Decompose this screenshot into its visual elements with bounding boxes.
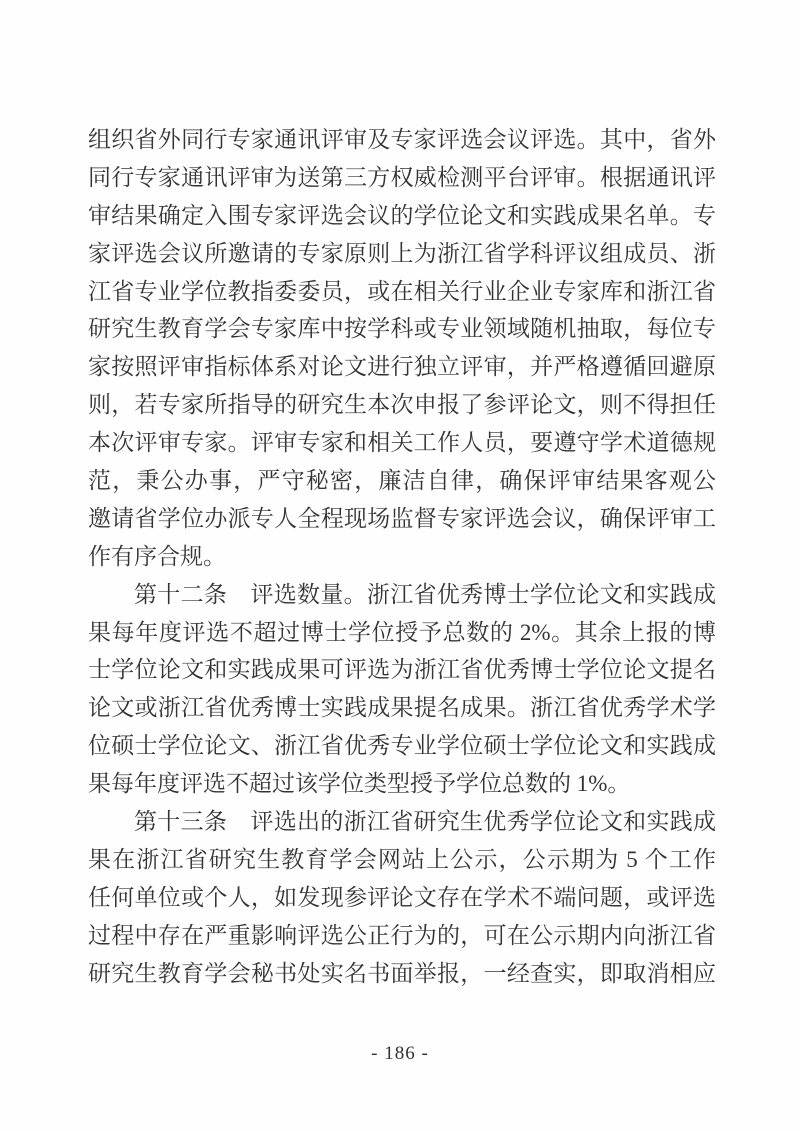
text-line: 家按照评审指标体系对论文进行独立评审，并严格遵循回避原 — [88, 348, 716, 386]
text-line: 果在浙江省研究生教育学会网站上公示，公示期为 5 个工作日。 — [88, 841, 716, 879]
text-line: 研究生教育学会秘书处实名书面举报，一经查实，即取消相应 — [88, 955, 716, 993]
document-page: 组织省外同行专家通讯评审及专家评选会议评选。其中，省外 同行专家通讯评审为送第三… — [0, 0, 800, 1131]
text-line: 作有序合规。 — [88, 538, 716, 576]
page-footer: - 186 - — [0, 1043, 800, 1065]
text-line: 则，若专家所指导的研究生本次申报了参评论文，则不得担任 — [88, 386, 716, 424]
text-line-article-12: 第十二条 评选数量。浙江省优秀博士学位论文和实践成 — [88, 576, 716, 614]
document-body: 组织省外同行专家通讯评审及专家评选会议评选。其中，省外 同行专家通讯评审为送第三… — [88, 121, 716, 992]
page-number: - 186 - — [371, 1043, 429, 1064]
text-line: 果每年度评选不超过博士学位授予总数的 2%。其余上报的博 — [88, 614, 716, 652]
text-line: 研究生教育学会专家库中按学科或专业领域随机抽取，每位专 — [88, 310, 716, 348]
text-line: 位硕士学位论文、浙江省优秀专业学位硕士学位论文和实践成 — [88, 727, 716, 765]
text-line: 论文或浙江省优秀博士实践成果提名成果。浙江省优秀学术学 — [88, 689, 716, 727]
text-line: 同行专家通讯评审为送第三方权威检测平台评审。根据通讯评 — [88, 159, 716, 197]
text-line: 果每年度评选不超过该学位类型授予学位总数的 1%。 — [88, 765, 716, 803]
text-line: 审结果确定入围专家评选会议的学位论文和实践成果名单。专 — [88, 197, 716, 235]
text-line: 士学位论文和实践成果可评选为浙江省优秀博士学位论文提名 — [88, 651, 716, 689]
text-line: 家评选会议所邀请的专家原则上为浙江省学科评议组成员、浙 — [88, 235, 716, 273]
text-line: 邀请省学位办派专人全程现场监督专家评选会议，确保评审工 — [88, 500, 716, 538]
text-line: 组织省外同行专家通讯评审及专家评选会议评选。其中，省外 — [88, 121, 716, 159]
text-line: 任何单位或个人，如发现参评论文存在学术不端问题，或评选 — [88, 879, 716, 917]
text-line: 范，秉公办事，严守秘密，廉洁自律，确保评审结果客观公正。 — [88, 462, 716, 500]
text-line: 过程中存在严重影响评选公正行为的，可在公示期内向浙江省 — [88, 917, 716, 955]
text-line: 本次评审专家。评审专家和相关工作人员，要遵守学术道德规 — [88, 424, 716, 462]
text-line-article-13: 第十三条 评选出的浙江省研究生优秀学位论文和实践成 — [88, 803, 716, 841]
text-line: 江省专业学位教指委委员，或在相关行业企业专家库和浙江省 — [88, 273, 716, 311]
